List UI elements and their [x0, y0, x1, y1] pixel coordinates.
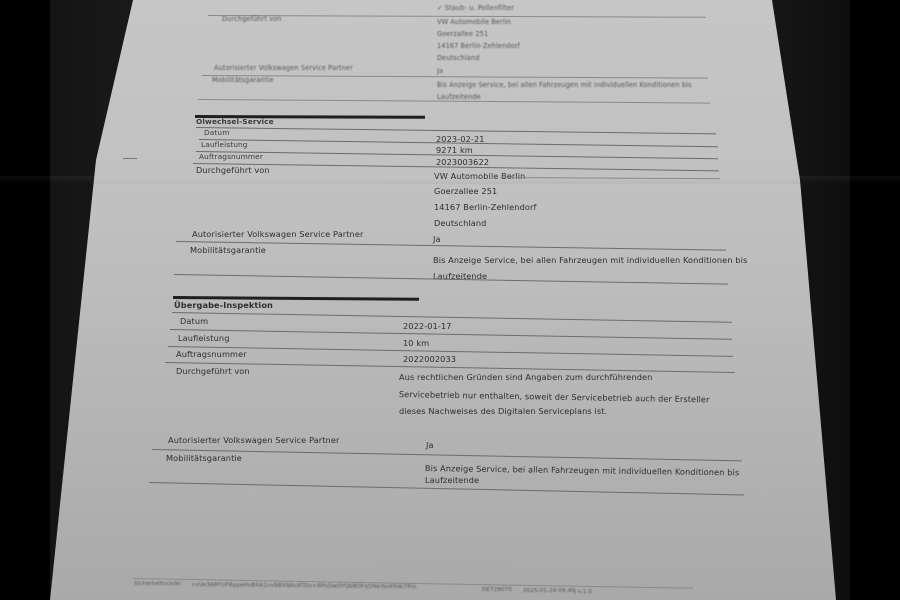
date-label: Datum — [180, 316, 208, 326]
check-item: ✓ Staub- u. Pollenfilter — [437, 4, 514, 12]
footer-timestamp: 2025-01-24 09:40 — [523, 588, 575, 594]
order-number-value: 2023003622 — [436, 157, 489, 167]
mobility-label: Mobilitätsgarantie — [190, 245, 266, 255]
reference-number: DE729070 — [482, 587, 512, 593]
partner-value: Ja — [433, 234, 441, 244]
partner-value: Ja — [426, 440, 434, 450]
performed-by-line: dieses Nachweises des Digitalen Servicep… — [399, 406, 607, 416]
security-code-value: cvUe3AMYzFRppeHnBXA1nvRBXNAcRTDo+8PhOwOY… — [192, 582, 417, 590]
performed-by-label: Durchgeführt von — [222, 15, 282, 23]
order-number-label: Auftragsnummer — [199, 152, 263, 161]
mobility-label: Mobilitätsgarantie — [212, 76, 273, 84]
mobility-value-line: Bis Anzeige Service, bei allen Fahrzeuge… — [433, 255, 747, 265]
performed-by-line: Goerzallee 251 — [437, 30, 488, 38]
performed-by-line: Goerzallee 251 — [434, 186, 497, 196]
security-code-label: Sicherheitscode: — [134, 581, 182, 587]
performed-by-line: Deutschland — [434, 218, 486, 228]
performed-by-line: Servicebetrieb nur enthalten, soweit der… — [399, 389, 710, 404]
mobility-label: Mobilitätsgarantie — [166, 453, 242, 463]
section-title: Übergabe-Inspektion — [174, 300, 273, 310]
performed-by-line: Deutschland — [437, 54, 479, 62]
mobility-value-line: Laufzeitende — [425, 475, 479, 485]
partner-label: Autorisierter Volkswagen Service Partner — [214, 64, 353, 72]
performed-by-line: 14167 Berlin-Zehlendorf — [434, 202, 536, 212]
row-divider — [500, 177, 720, 179]
partner-label: Autorisierter Volkswagen Service Partner — [168, 435, 339, 445]
order-number-value: 2022002033 — [403, 354, 456, 364]
mobility-value-line: Bis Anzeige Service, bei allen Fahrzeuge… — [437, 81, 692, 89]
performed-by-line: VW Automobile Berlin — [437, 18, 511, 26]
performed-by-line: VW Automobile Berlin — [434, 171, 525, 181]
service-record-document: ✓ Staub- u. Pollenfilter Durchgeführt vo… — [0, 0, 900, 600]
performed-by-line: 14167 Berlin-Zehlendorf — [437, 42, 520, 50]
mileage-label: Laufleistung — [201, 140, 248, 149]
mileage-label: Laufleistung — [178, 333, 230, 343]
order-number-label: Auftragsnummer — [176, 349, 247, 359]
row-divider — [202, 75, 708, 79]
row-divider — [172, 312, 732, 323]
performed-by-label: Durchgeführt von — [176, 366, 250, 376]
performed-by-line: Aus rechtlichen Gründen sind Angaben zum… — [399, 372, 652, 382]
partner-value: Ja — [437, 67, 443, 75]
performed-by-label: Durchgeführt von — [196, 165, 270, 175]
date-label: Datum — [204, 128, 230, 137]
date-value: 2022-01-17 — [403, 321, 452, 331]
section-title: Ölwechsel-Service — [196, 117, 274, 126]
document-version: | v.1.0 — [574, 589, 592, 595]
mileage-value: 10 km — [403, 338, 429, 348]
partner-label: Autorisierter Volkswagen Service Partner — [192, 229, 363, 239]
